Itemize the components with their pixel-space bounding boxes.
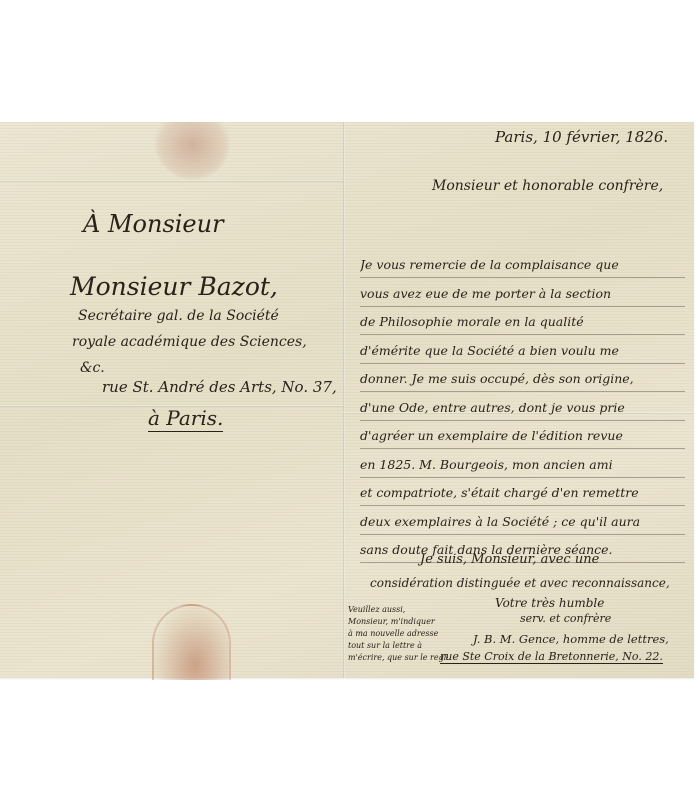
vertical-fold-line [343,122,345,678]
letter-body: Je vous remercie de la complaisance que … [360,252,685,566]
letter-sheet: À Monsieur Monsieur Bazot, Secrétaire ga… [0,122,694,678]
sender-address: rue Ste Croix de la Bretonnerie, No. 22. [440,650,663,664]
horizontal-fold-line [0,180,343,182]
postscript-line: m'écrire, que sur le registre. [348,652,448,664]
address-line: Secrétaire gal. de la Société [78,308,279,324]
body-line: d'agréer un exemplaire de l'édition revu… [360,423,685,449]
address-city: à Paris. [148,406,223,432]
address-street: rue St. André des Arts, No. 37, [102,378,337,396]
postscript-line: Veuillez aussi, [348,604,448,616]
wax-seal-stain-bottom [152,604,231,680]
address-line: À Monsieur [83,210,224,238]
wax-seal-stain-top [155,122,230,180]
closing-line: Votre très humble [495,596,604,610]
postscript-line: Monsieur, m'indiquer [348,616,448,628]
closing-line: considération distinguée et avec reconna… [370,576,670,590]
body-line: de Philosophie morale en la qualité [360,309,685,335]
postscript-line: à ma nouvelle adresse [348,628,448,640]
body-line: et compatriote, s'était chargé d'en reme… [360,480,685,506]
body-line: d'émérite que la Société a bien voulu me [360,338,685,364]
letter-date: Paris, 10 février, 1826. [495,128,668,146]
body-line: d'une Ode, entre autres, dont je vous pr… [360,395,685,421]
letter-salutation: Monsieur et honorable confrère, [432,178,663,194]
address-line: royale académique des Sciences, [72,334,307,350]
body-line: donner. Je me suis occupé, dès son origi… [360,366,685,392]
signature: J. B. M. Gence, homme de lettres, [473,632,669,646]
body-line: vous avez eue de me porter à la section [360,281,685,307]
body-line: deux exemplaires à la Société ; ce qu'il… [360,509,685,535]
postscript-line: tout sur la lettre à [348,640,448,652]
body-line: en 1825. M. Bourgeois, mon ancien ami [360,452,685,478]
address-line: &c. [80,360,105,376]
closing-line: serv. et confrère [520,612,611,625]
postscript: Veuillez aussi, Monsieur, m'indiquer à m… [348,604,448,664]
address-recipient-name: Monsieur Bazot, [70,272,278,301]
body-line: Je vous remercie de la complaisance que [360,252,685,278]
closing-line: Je suis, Monsieur, avec une [420,552,599,567]
